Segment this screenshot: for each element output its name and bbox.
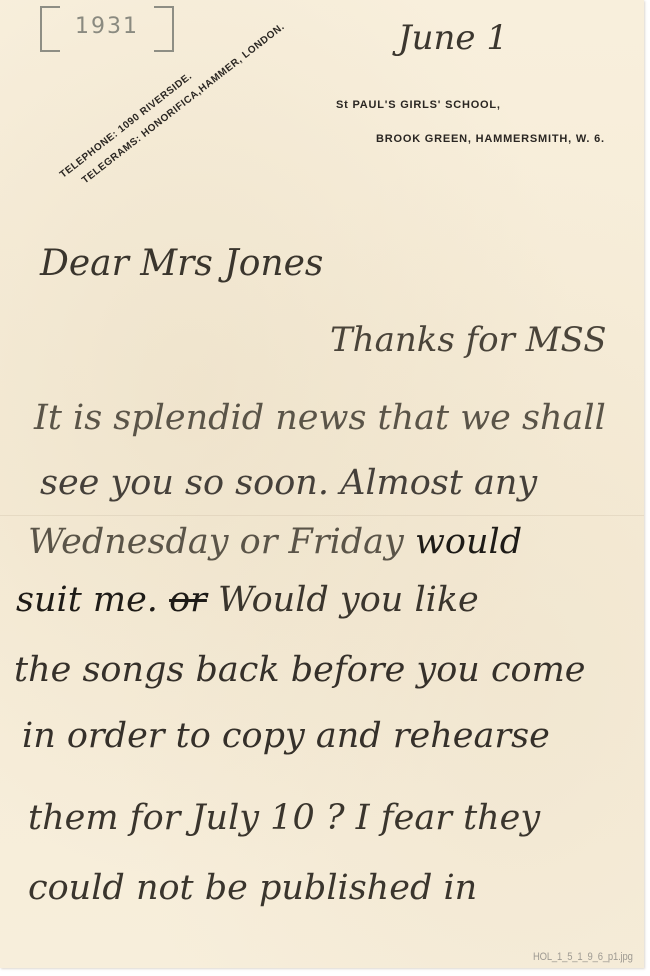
letter-thanks-line: Thanks for MSS	[330, 320, 607, 360]
letter-line-3-part-a: Wednesday or Friday	[28, 522, 404, 562]
letter-line-6: in order to copy and rehearse	[22, 716, 550, 756]
image-filename-label: HOL_1_5_1_9_6_p1.jpg	[533, 951, 633, 963]
letter-page: 1931 TELEPHONE: 1090 RIVERSIDE. TELEGRAM…	[0, 0, 644, 968]
left-bracket	[40, 6, 60, 52]
letter-line-5: the songs back before you come	[14, 650, 586, 690]
right-bracket	[154, 6, 174, 52]
archive-reference-year: 1931	[75, 14, 139, 39]
letterhead-school-name: St PAUL'S GIRLS' SCHOOL,	[336, 99, 501, 111]
letter-line-3-part-b: would	[404, 522, 522, 562]
letter-line-2: see you so soon. Almost any	[40, 463, 537, 503]
letter-line-4-part-b: Would you like	[207, 580, 479, 620]
letter-line-4: suit me. or Would you like	[16, 580, 479, 620]
letter-line-8: could not be published in	[28, 868, 477, 908]
letter-line-1: It is splendid news that we shall	[34, 398, 606, 438]
letter-line-3: Wednesday or Friday would	[28, 522, 522, 562]
letter-salutation: Dear Mrs Jones	[40, 243, 323, 284]
paper-fold-line	[0, 515, 644, 516]
archive-reference-mark: 1931	[40, 6, 174, 48]
letter-line-7: them for July 10 ? I fear they	[28, 798, 540, 838]
letterhead-address: BROOK GREEN, HAMMERSMITH, W. 6.	[376, 133, 605, 145]
letter-line-4-part-a: suit me.	[16, 580, 158, 620]
struck-out-word: or	[169, 580, 207, 620]
letter-date: June 1	[398, 18, 508, 58]
